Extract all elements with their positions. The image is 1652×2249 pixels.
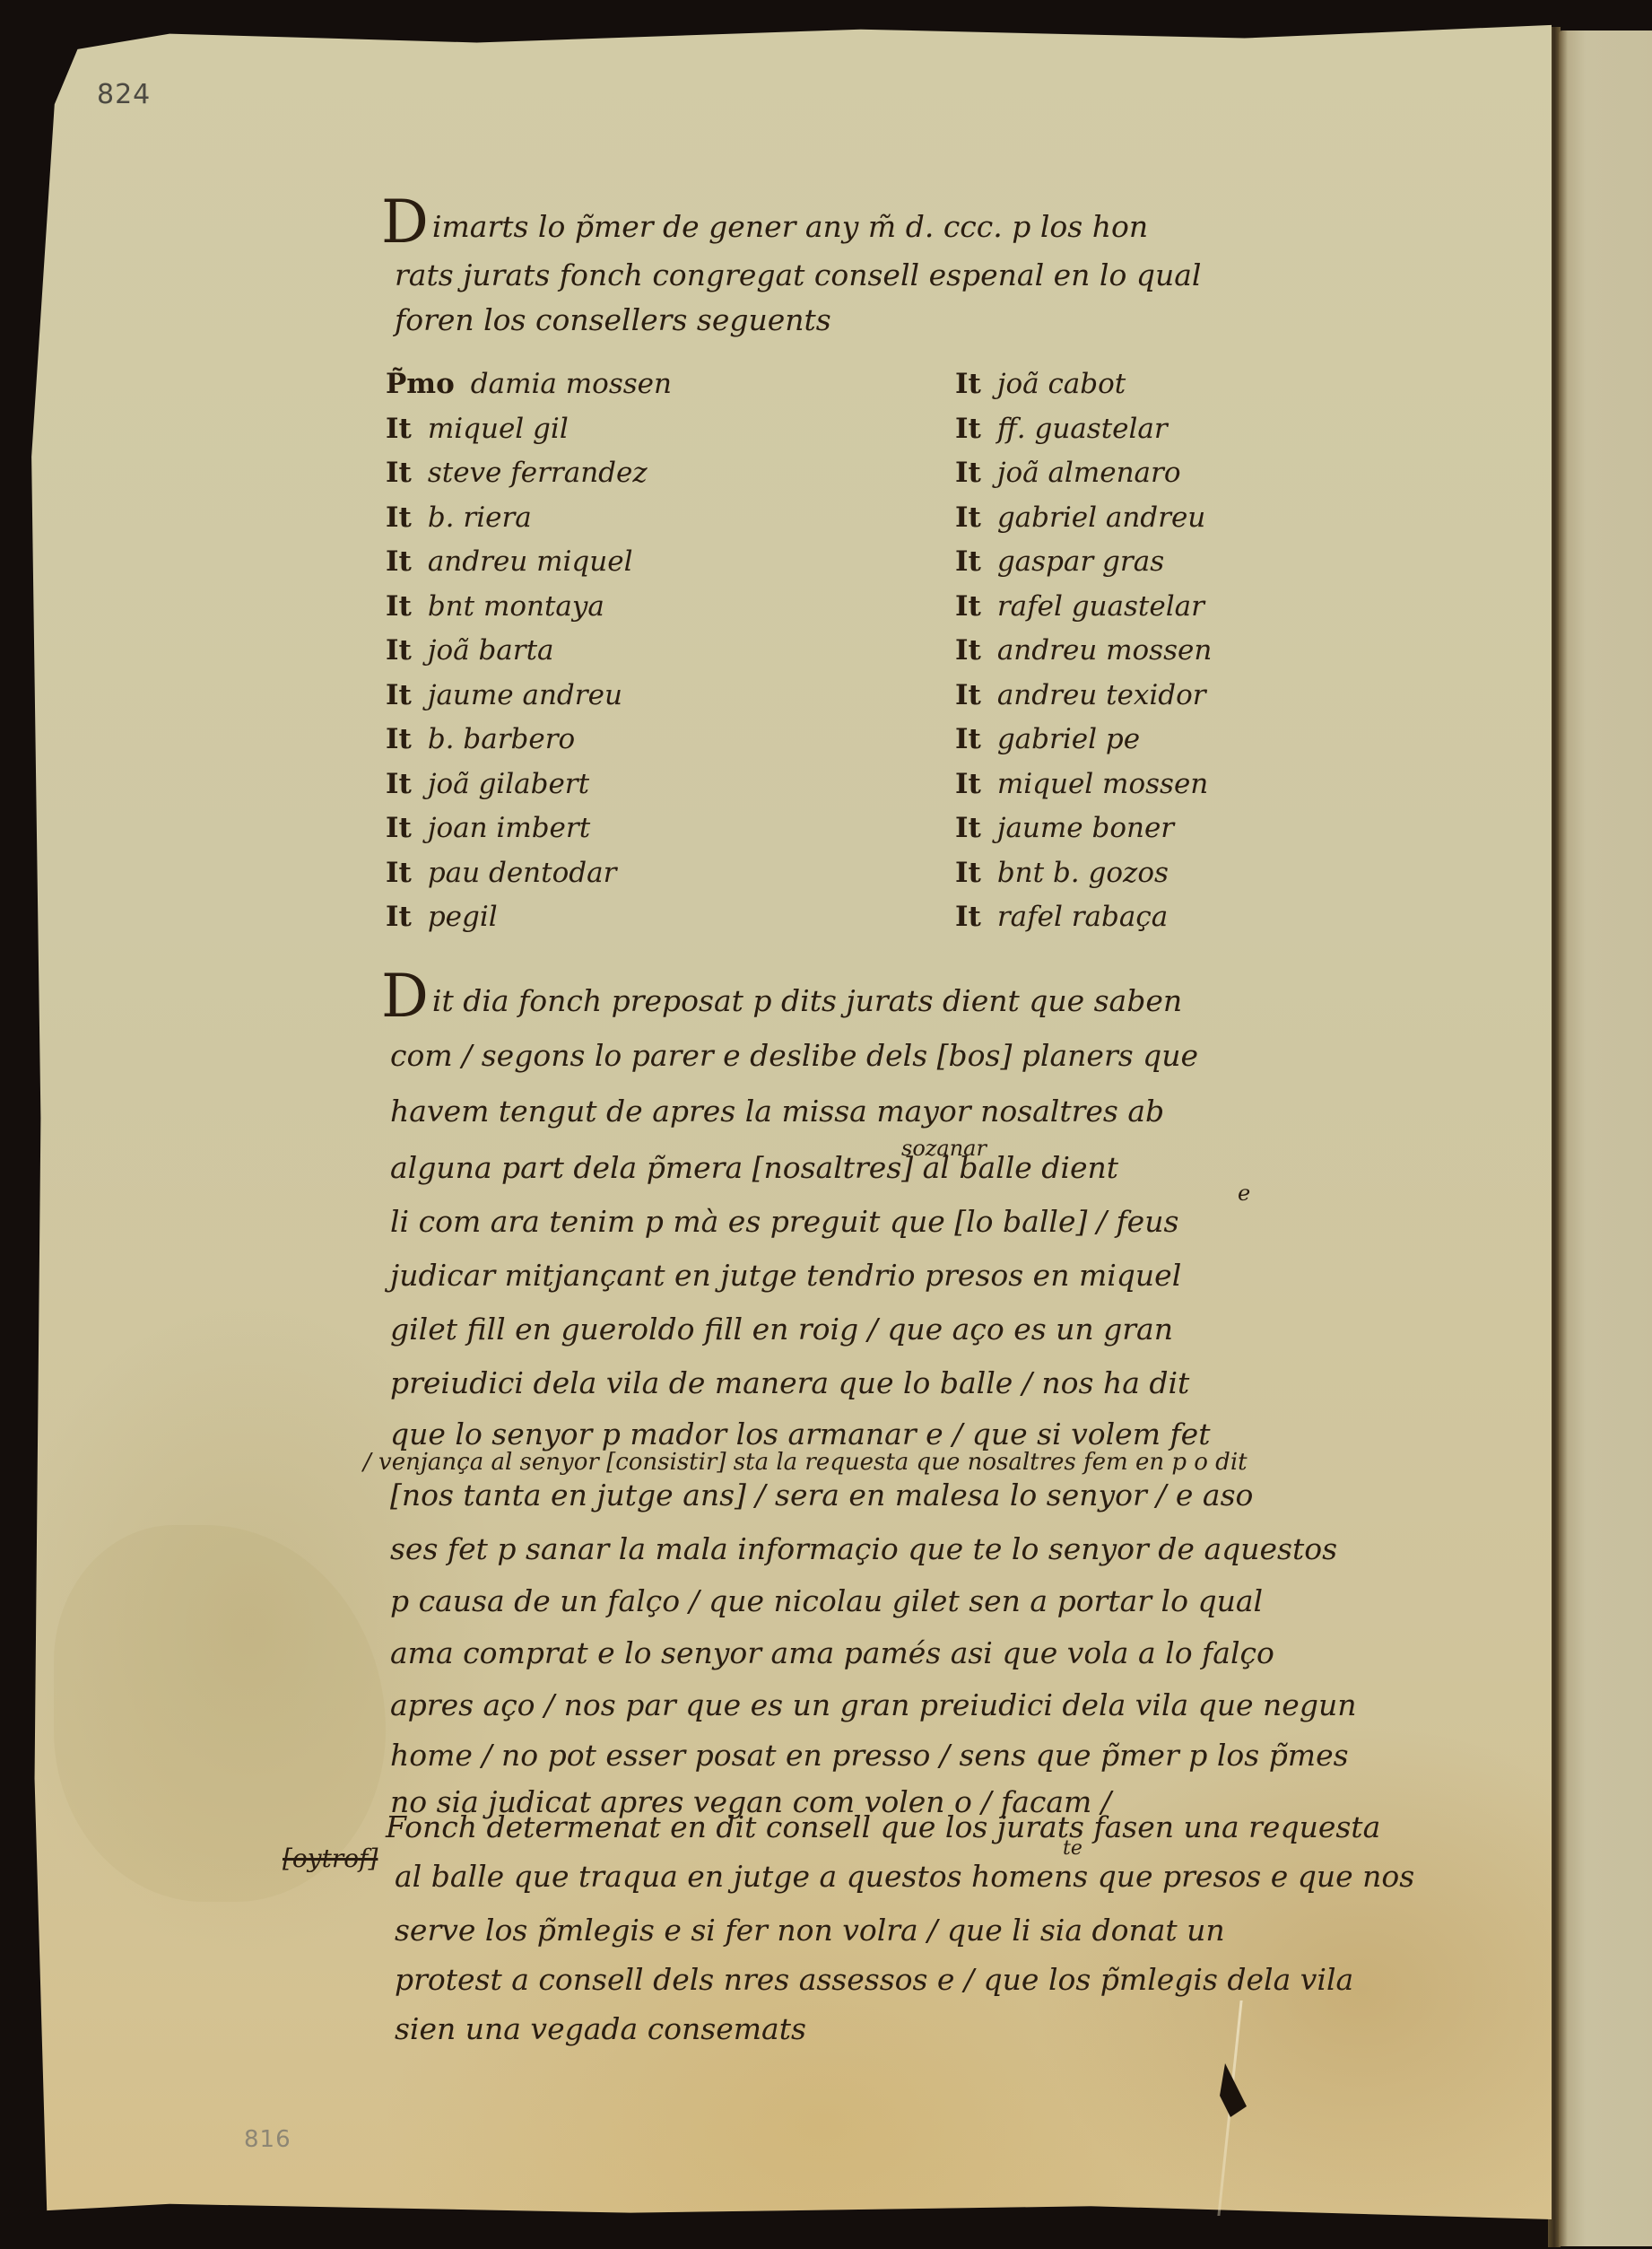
attendee-entry: Itmiquel gil <box>386 413 672 458</box>
entry-prefix: It <box>386 545 412 578</box>
attendee-name: gaspar gras <box>997 545 1164 578</box>
entry-prefix: It <box>955 901 981 933</box>
attendee-entry: Itjoã almenaro <box>955 457 1212 501</box>
entry-prefix: It <box>386 634 412 667</box>
attendee-name: bnt montaya <box>428 590 604 623</box>
attendee-entry: Itjoan imbert <box>386 812 672 857</box>
attendee-name: andreu texidor <box>997 679 1206 711</box>
entry-prefix: It <box>955 501 981 534</box>
attendee-entry: Itmiquel mossen <box>955 768 1212 813</box>
attendee-entry: Itgabriel pe <box>955 723 1212 768</box>
proposal-line-2: com / segons lo parer e deslibe dels [bo… <box>390 1041 1198 1070</box>
attendee-entry: Itff. guastelar <box>955 413 1212 458</box>
attendee-entry: Itgaspar gras <box>955 545 1212 590</box>
attendee-name: joã barta <box>428 634 554 667</box>
heading-drop-cap: D <box>381 187 429 257</box>
proposal-text-1: it dia fonch preposat p dits jurats dien… <box>432 983 1182 1018</box>
entry-prefix: It <box>955 679 981 711</box>
attendee-entry: Itandreu texidor <box>955 679 1212 724</box>
entry-prefix: It <box>386 457 412 489</box>
heading-line-3: foren los consellers seguents <box>395 305 831 335</box>
proposal-line-8: preiudici dela vila de manera que lo bal… <box>390 1368 1189 1398</box>
attendee-entry: Itjaume andreu <box>386 679 672 724</box>
attendee-name: miquel gil <box>428 413 569 445</box>
attendee-entry: Itpegil <box>386 901 672 946</box>
proposal-line-6: judicar mitjançant en jutge tendrio pres… <box>390 1260 1181 1290</box>
proposal-line-15: home / no pot esser posat en presso / se… <box>390 1740 1349 1770</box>
entry-prefix: It <box>955 857 981 889</box>
proposal-line-14: apres aço / nos par que es un gran preiu… <box>390 1690 1356 1720</box>
attendee-name: rafel rabaça <box>997 901 1168 933</box>
interlinear-superscript: e <box>1238 1182 1250 1204</box>
proposal-line-10: [nos tanta en jutge ans] / sera en males… <box>390 1480 1253 1510</box>
attendee-entry: Itbnt montaya <box>386 590 672 635</box>
attendee-name: jaume boner <box>997 812 1174 844</box>
resolution-line-3: serve los p̃mlegis e si fer non volra / … <box>395 1915 1225 1945</box>
attendee-entry: Itb. riera <box>386 501 672 546</box>
attendee-name: andreu mossen <box>997 634 1212 667</box>
entry-prefix: It <box>386 723 412 755</box>
attendee-entry: Itjaume boner <box>955 812 1212 857</box>
proposal-line-12: p causa de un falço / que nicolau gilet … <box>390 1586 1263 1616</box>
entry-prefix: It <box>955 457 981 489</box>
attendees-left-column: P̃modamia mossen Itmiquel gil Itsteve fe… <box>386 368 672 946</box>
attendee-entry: Itrafel guastelar <box>955 590 1212 635</box>
attendee-name: rafel guastelar <box>997 590 1204 623</box>
entry-prefix: It <box>386 768 412 800</box>
attendee-name: joã almenaro <box>997 457 1181 489</box>
resolution-line-2: al balle que traqua en jutge a questos h… <box>395 1861 1414 1891</box>
heading-text-1: imarts lo p̃mer de gener any m̃ d. ccc. … <box>432 209 1148 244</box>
entry-prefix: It <box>955 723 981 755</box>
proposal-line-9: que lo senyor p mador los armanar e / qu… <box>390 1419 1210 1449</box>
attendee-entry: Itb. barbero <box>386 723 672 768</box>
resolution-superscript: te <box>1063 1839 1082 1859</box>
attendee-entry: Itbnt b. gozos <box>955 857 1212 902</box>
attendee-name: pegil <box>428 901 498 933</box>
attendee-name: bnt b. gozos <box>997 857 1169 889</box>
attendee-entry: Itsteve ferrandez <box>386 457 672 501</box>
attendee-entry: Itpau dentodar <box>386 857 672 902</box>
attendee-name: jaume andreu <box>428 679 622 711</box>
margin-note-struck: [oytrof] <box>283 1844 378 1873</box>
resolution-line-4: protest a consell dels nres assessos e /… <box>395 1965 1353 1994</box>
attendee-name: ff. guastelar <box>997 413 1168 445</box>
attendee-name: gabriel andreu <box>997 501 1205 534</box>
entry-prefix: It <box>386 413 412 445</box>
entry-prefix: It <box>386 501 412 534</box>
attendee-entry: Itgabriel andreu <box>955 501 1212 546</box>
attendee-name: steve ferrandez <box>428 457 648 489</box>
attendee-name: b. riera <box>428 501 532 534</box>
entry-prefix: P̃mo <box>386 368 455 400</box>
attendee-name: joã gilabert <box>428 768 589 800</box>
attendee-entry: Itandreu miquel <box>386 545 672 590</box>
attendee-entry: Itrafel rabaça <box>955 901 1212 946</box>
attendee-name: damia mossen <box>471 368 672 400</box>
entry-prefix: It <box>955 368 981 400</box>
entry-prefix: It <box>386 857 412 889</box>
entry-prefix: It <box>386 679 412 711</box>
proposal-line-11: ses fet p sanar la mala informaçio que t… <box>390 1534 1337 1564</box>
proposal-line-3: havem tengut de apres la missa mayor nos… <box>390 1096 1164 1126</box>
folio-number-top: 824 <box>97 79 151 110</box>
proposal-line-7: gilet fill en gueroldo fill en roig / qu… <box>390 1314 1173 1344</box>
attendee-name: b. barbero <box>428 723 575 755</box>
entry-prefix: It <box>955 812 981 844</box>
attendee-entry: Itjoã cabot <box>955 368 1212 413</box>
entry-prefix: It <box>955 768 981 800</box>
attendee-name: andreu miquel <box>428 545 633 578</box>
attendee-entry: Itjoã barta <box>386 634 672 679</box>
folio-number-bottom: 816 <box>244 2126 291 2153</box>
proposal-line-4: alguna part dela p̃mera [nosaltres] al b… <box>390 1153 1118 1182</box>
proposal-line-5: li com ara tenim p mà es preguit que [lo… <box>390 1207 1178 1236</box>
attendee-name: miquel mossen <box>997 768 1208 800</box>
entry-prefix: It <box>955 545 981 578</box>
attendee-name: pau dentodar <box>428 857 617 889</box>
proposal-drop-cap: D <box>381 962 429 1031</box>
resolution-line-1: Fonch determenat en dit consell que los … <box>386 1812 1380 1842</box>
heading-line-2: rats jurats fonch congregat consell espe… <box>395 260 1201 290</box>
proposal-line-1: Dit dia fonch preposat p dits jurats die… <box>381 967 1182 1026</box>
attendee-name: gabriel pe <box>997 723 1140 755</box>
resolution-line-5: sien una vegada consemats <box>395 2014 806 2044</box>
entry-prefix: It <box>955 634 981 667</box>
adjacent-page-edge <box>1559 31 1652 2246</box>
attendee-name: joã cabot <box>997 368 1126 400</box>
attendee-entry: Itjoã gilabert <box>386 768 672 813</box>
attendee-entry: P̃modamia mossen <box>386 368 672 413</box>
entry-prefix: It <box>955 413 981 445</box>
attendees-right-column: Itjoã cabot Itff. guastelar Itjoã almena… <box>955 368 1212 946</box>
heading-line-1: Dimarts lo p̃mer de gener any m̃ d. ccc.… <box>381 193 1148 252</box>
attendee-entry: Itandreu mossen <box>955 634 1212 679</box>
proposal-line-13: ama comprat e lo senyor ama pamés asi qu… <box>390 1638 1274 1668</box>
entry-prefix: It <box>386 901 412 933</box>
inserted-correction-line: / venjança al senyor [consistir] sta la … <box>363 1451 1248 1474</box>
entry-prefix: It <box>386 590 412 623</box>
attendee-name: joan imbert <box>428 812 590 844</box>
entry-prefix: It <box>386 812 412 844</box>
entry-prefix: It <box>955 590 981 623</box>
